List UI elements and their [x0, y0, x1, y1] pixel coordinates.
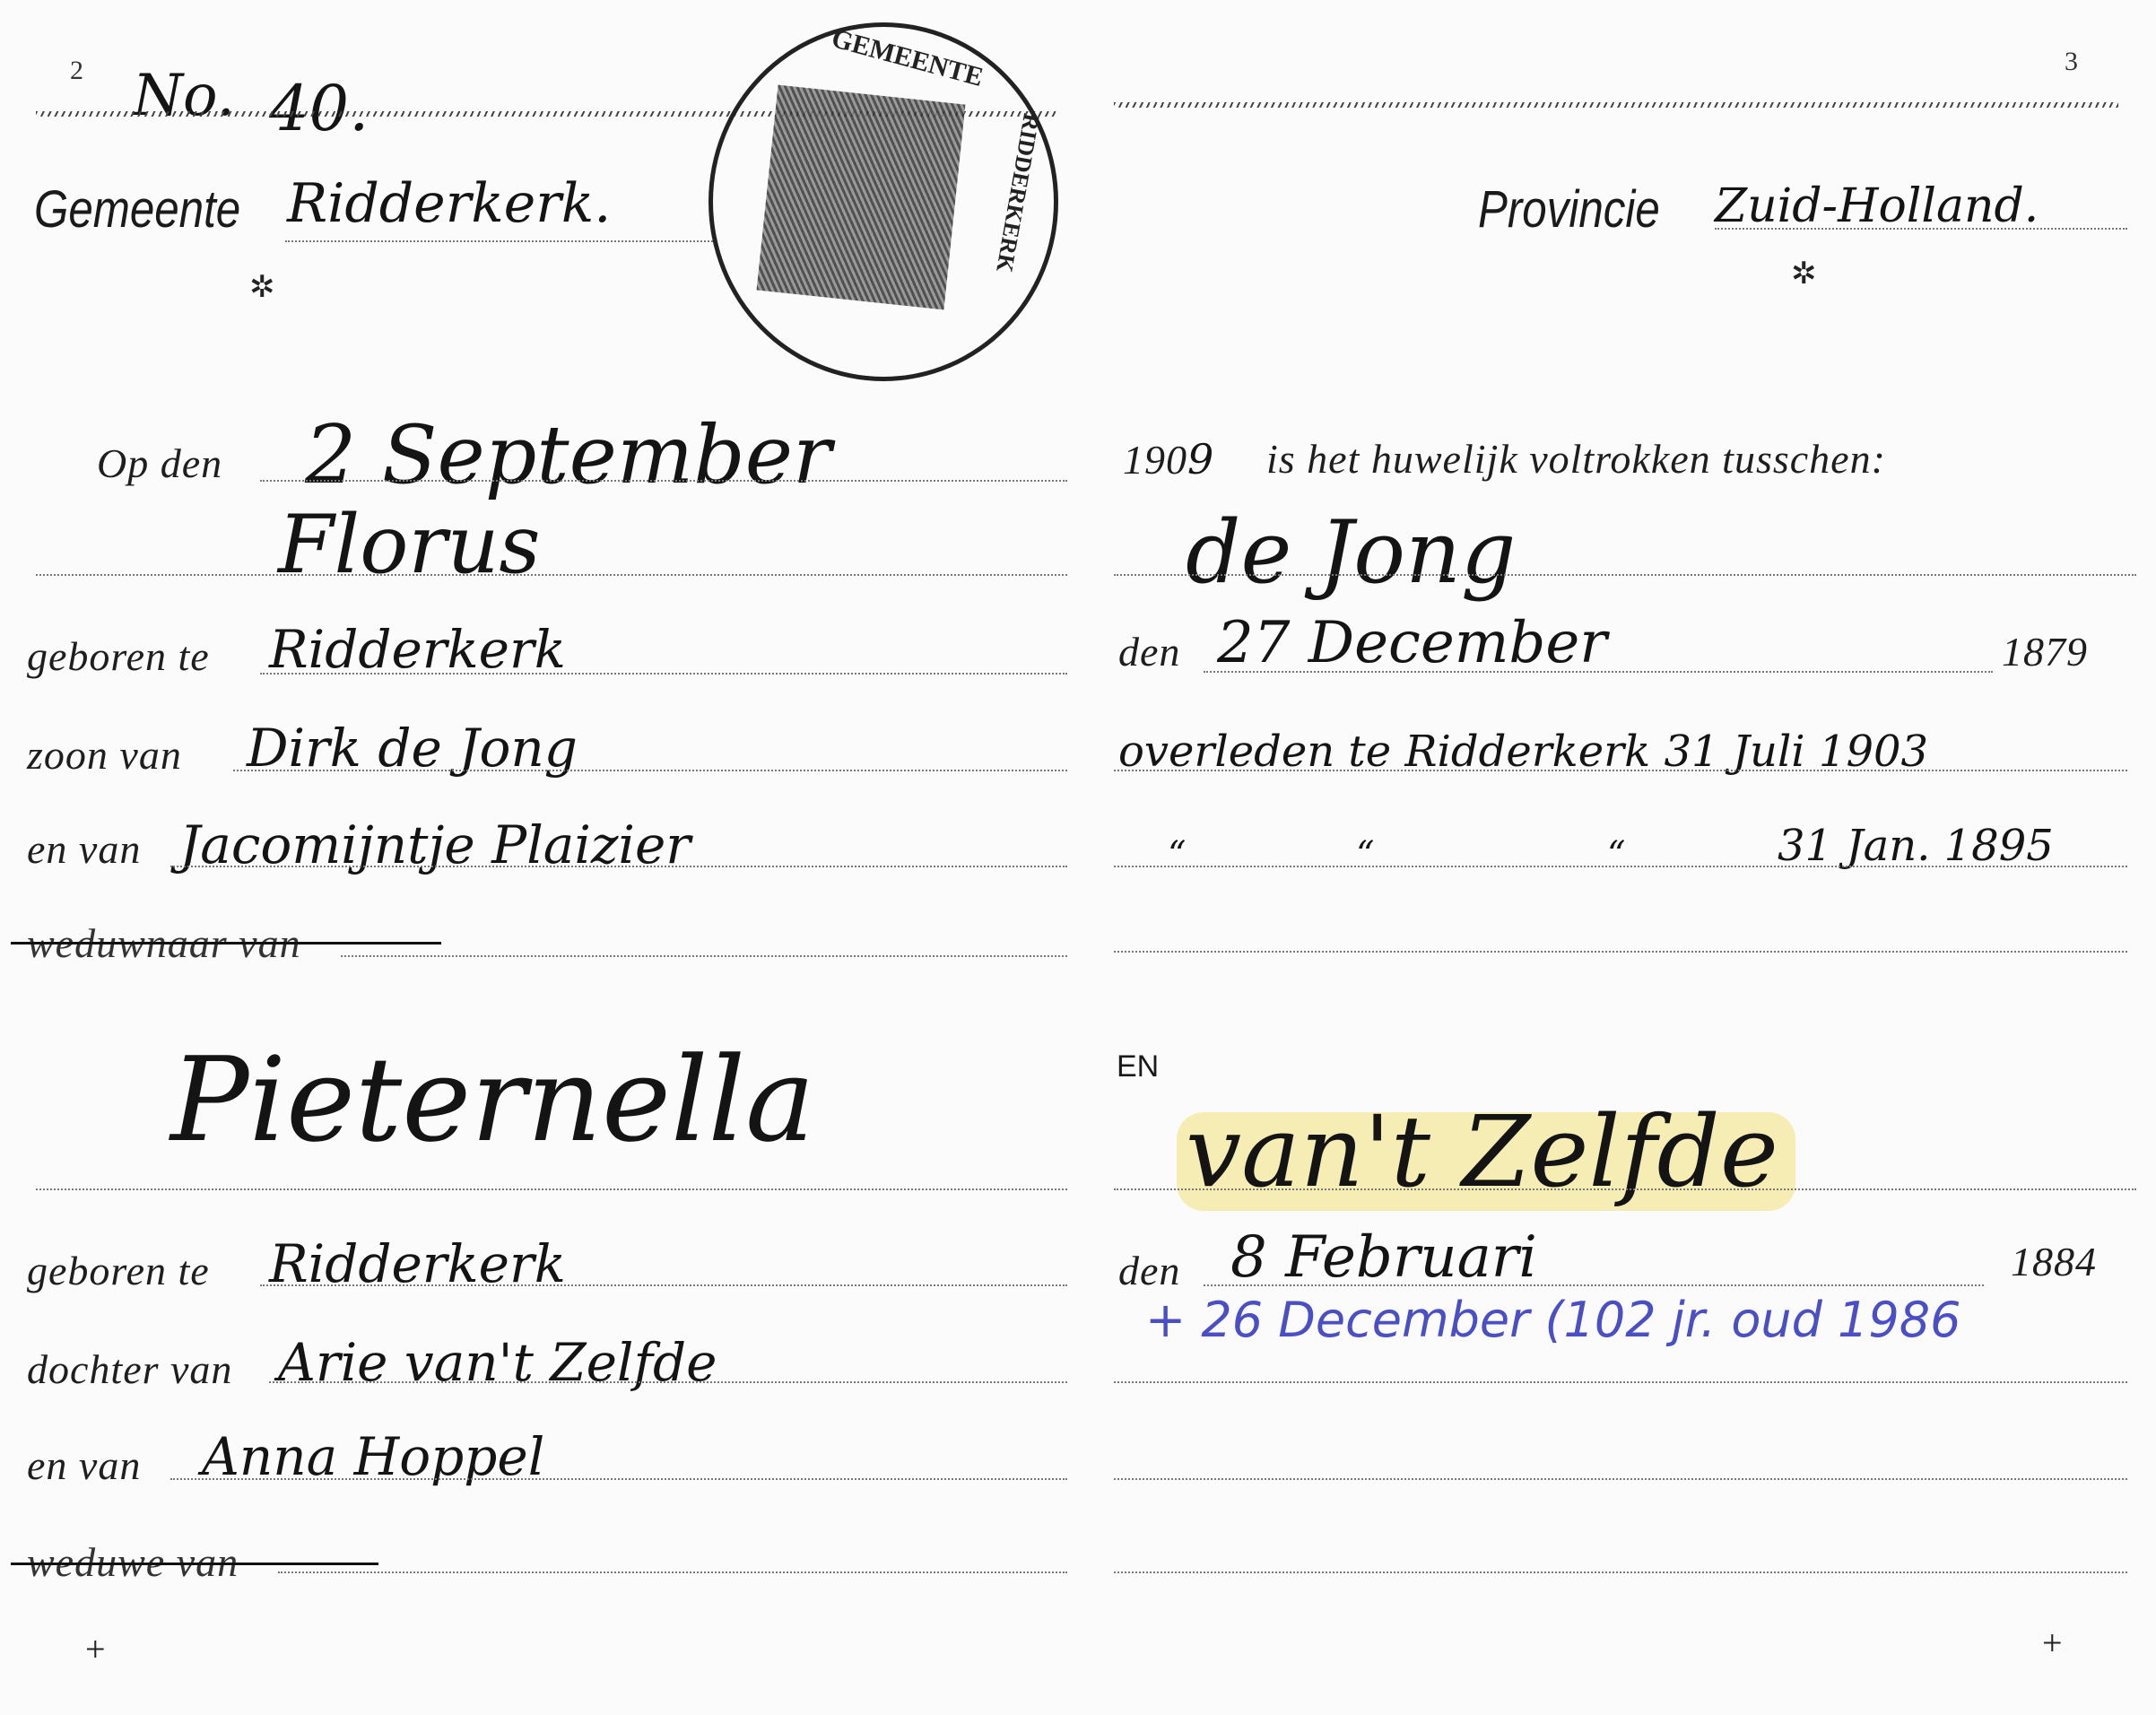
header-rule-right [1114, 102, 2118, 108]
groom-birth-date: 27 December [1217, 610, 1607, 676]
line [1204, 1284, 1984, 1286]
gemeente-line [285, 240, 716, 242]
line [269, 1381, 1067, 1383]
bride-first-name: Pieternella [170, 1032, 815, 1168]
line [260, 673, 1067, 675]
bride-mother-label: en van [27, 1441, 141, 1489]
bride-surname: van't Zelfde [1186, 1094, 1778, 1209]
gemeente-value: Ridderkerk. [287, 172, 611, 235]
line [260, 1284, 1067, 1286]
ornament-icon: ✲ [1791, 256, 1817, 292]
line [1114, 1478, 2127, 1480]
line [36, 1188, 1067, 1190]
line [1715, 228, 2127, 230]
provincie-value: Zuid-Holland. [1715, 179, 2039, 233]
op-den-label: Op den [97, 440, 222, 487]
line [1114, 574, 2136, 576]
groom-surname: de Jong [1186, 502, 1516, 603]
groom-first-name: Florus [278, 498, 541, 592]
line [1114, 1188, 2136, 1190]
ditto-mark: “ [1356, 834, 1374, 875]
marriage-text: is het huwelijk voltrokken tusschen: [1266, 435, 1886, 483]
line [233, 770, 1067, 771]
record-no-label: No. [133, 63, 235, 129]
gemeente-label: Gemeente [34, 179, 240, 239]
right-page: 3 Provincie Zuid-Holland. ✲ 1909 is het … [1078, 0, 2156, 1715]
bride-father: Arie van't Zelfde [278, 1332, 717, 1393]
stamp-side-text: RIDDERKERK [990, 111, 1045, 274]
line [1114, 1381, 2127, 1383]
strikethrough [11, 1563, 378, 1565]
bride-birth-year: 1884 [2011, 1238, 2097, 1285]
line [260, 480, 1067, 482]
line [170, 866, 1067, 867]
groom-den-label: den [1118, 628, 1180, 675]
corner-mark: + [85, 1628, 106, 1670]
year-digit: 9 [1187, 435, 1214, 483]
line [341, 955, 1067, 957]
op-den-value: 2 September [305, 408, 831, 502]
ornament-icon: ✲ [249, 269, 275, 305]
mother-death-note: 31 Jan. 1895 [1778, 821, 2054, 871]
groom-father-label: zoon van [27, 731, 182, 779]
line [36, 574, 1067, 576]
left-page: 2 No. 40. Gemeente Ridderkerk. ✲ GEMEENT… [0, 0, 1078, 1715]
line [278, 1571, 1067, 1573]
ditto-mark: “ [1607, 834, 1625, 875]
line [1204, 671, 1993, 673]
line [1114, 1571, 2127, 1573]
municipal-seal-stamp: GEMEENTE RIDDERKERK [709, 22, 1058, 381]
provincie-label: Provincie [1478, 179, 1660, 239]
record-no-value: 40. [269, 72, 369, 145]
stamp-top-text: GEMEENTE [829, 23, 987, 93]
coat-of-arms-icon [757, 85, 966, 310]
bride-birth-date: 8 Februari [1230, 1224, 1537, 1291]
page-number-right: 3 [2065, 47, 2078, 77]
groom-born-label: geboren te [27, 632, 210, 680]
bride-father-label: dochter van [27, 1345, 232, 1393]
ditto-mark: “ [1168, 834, 1186, 875]
corner-mark: + [2042, 1622, 2063, 1664]
groom-birth-year: 1879 [2002, 628, 2088, 675]
en-label: EN [1117, 1049, 1159, 1084]
line [1114, 866, 2127, 867]
death-annotation: + 26 December (102 jr. oud 1986 [1145, 1292, 1960, 1348]
line [1114, 770, 2127, 771]
line [1114, 951, 2127, 953]
bride-born-label: geboren te [27, 1247, 210, 1294]
bride-den-label: den [1118, 1247, 1180, 1294]
groom-mother-label: en van [27, 825, 141, 873]
page-number-left: 2 [70, 56, 83, 86]
line [170, 1478, 1067, 1480]
groom-born-place: Ridderkerk [269, 619, 566, 680]
year-prefix: 1909 [1123, 435, 1214, 483]
strikethrough [11, 942, 441, 945]
year-printed: 190 [1123, 437, 1187, 483]
